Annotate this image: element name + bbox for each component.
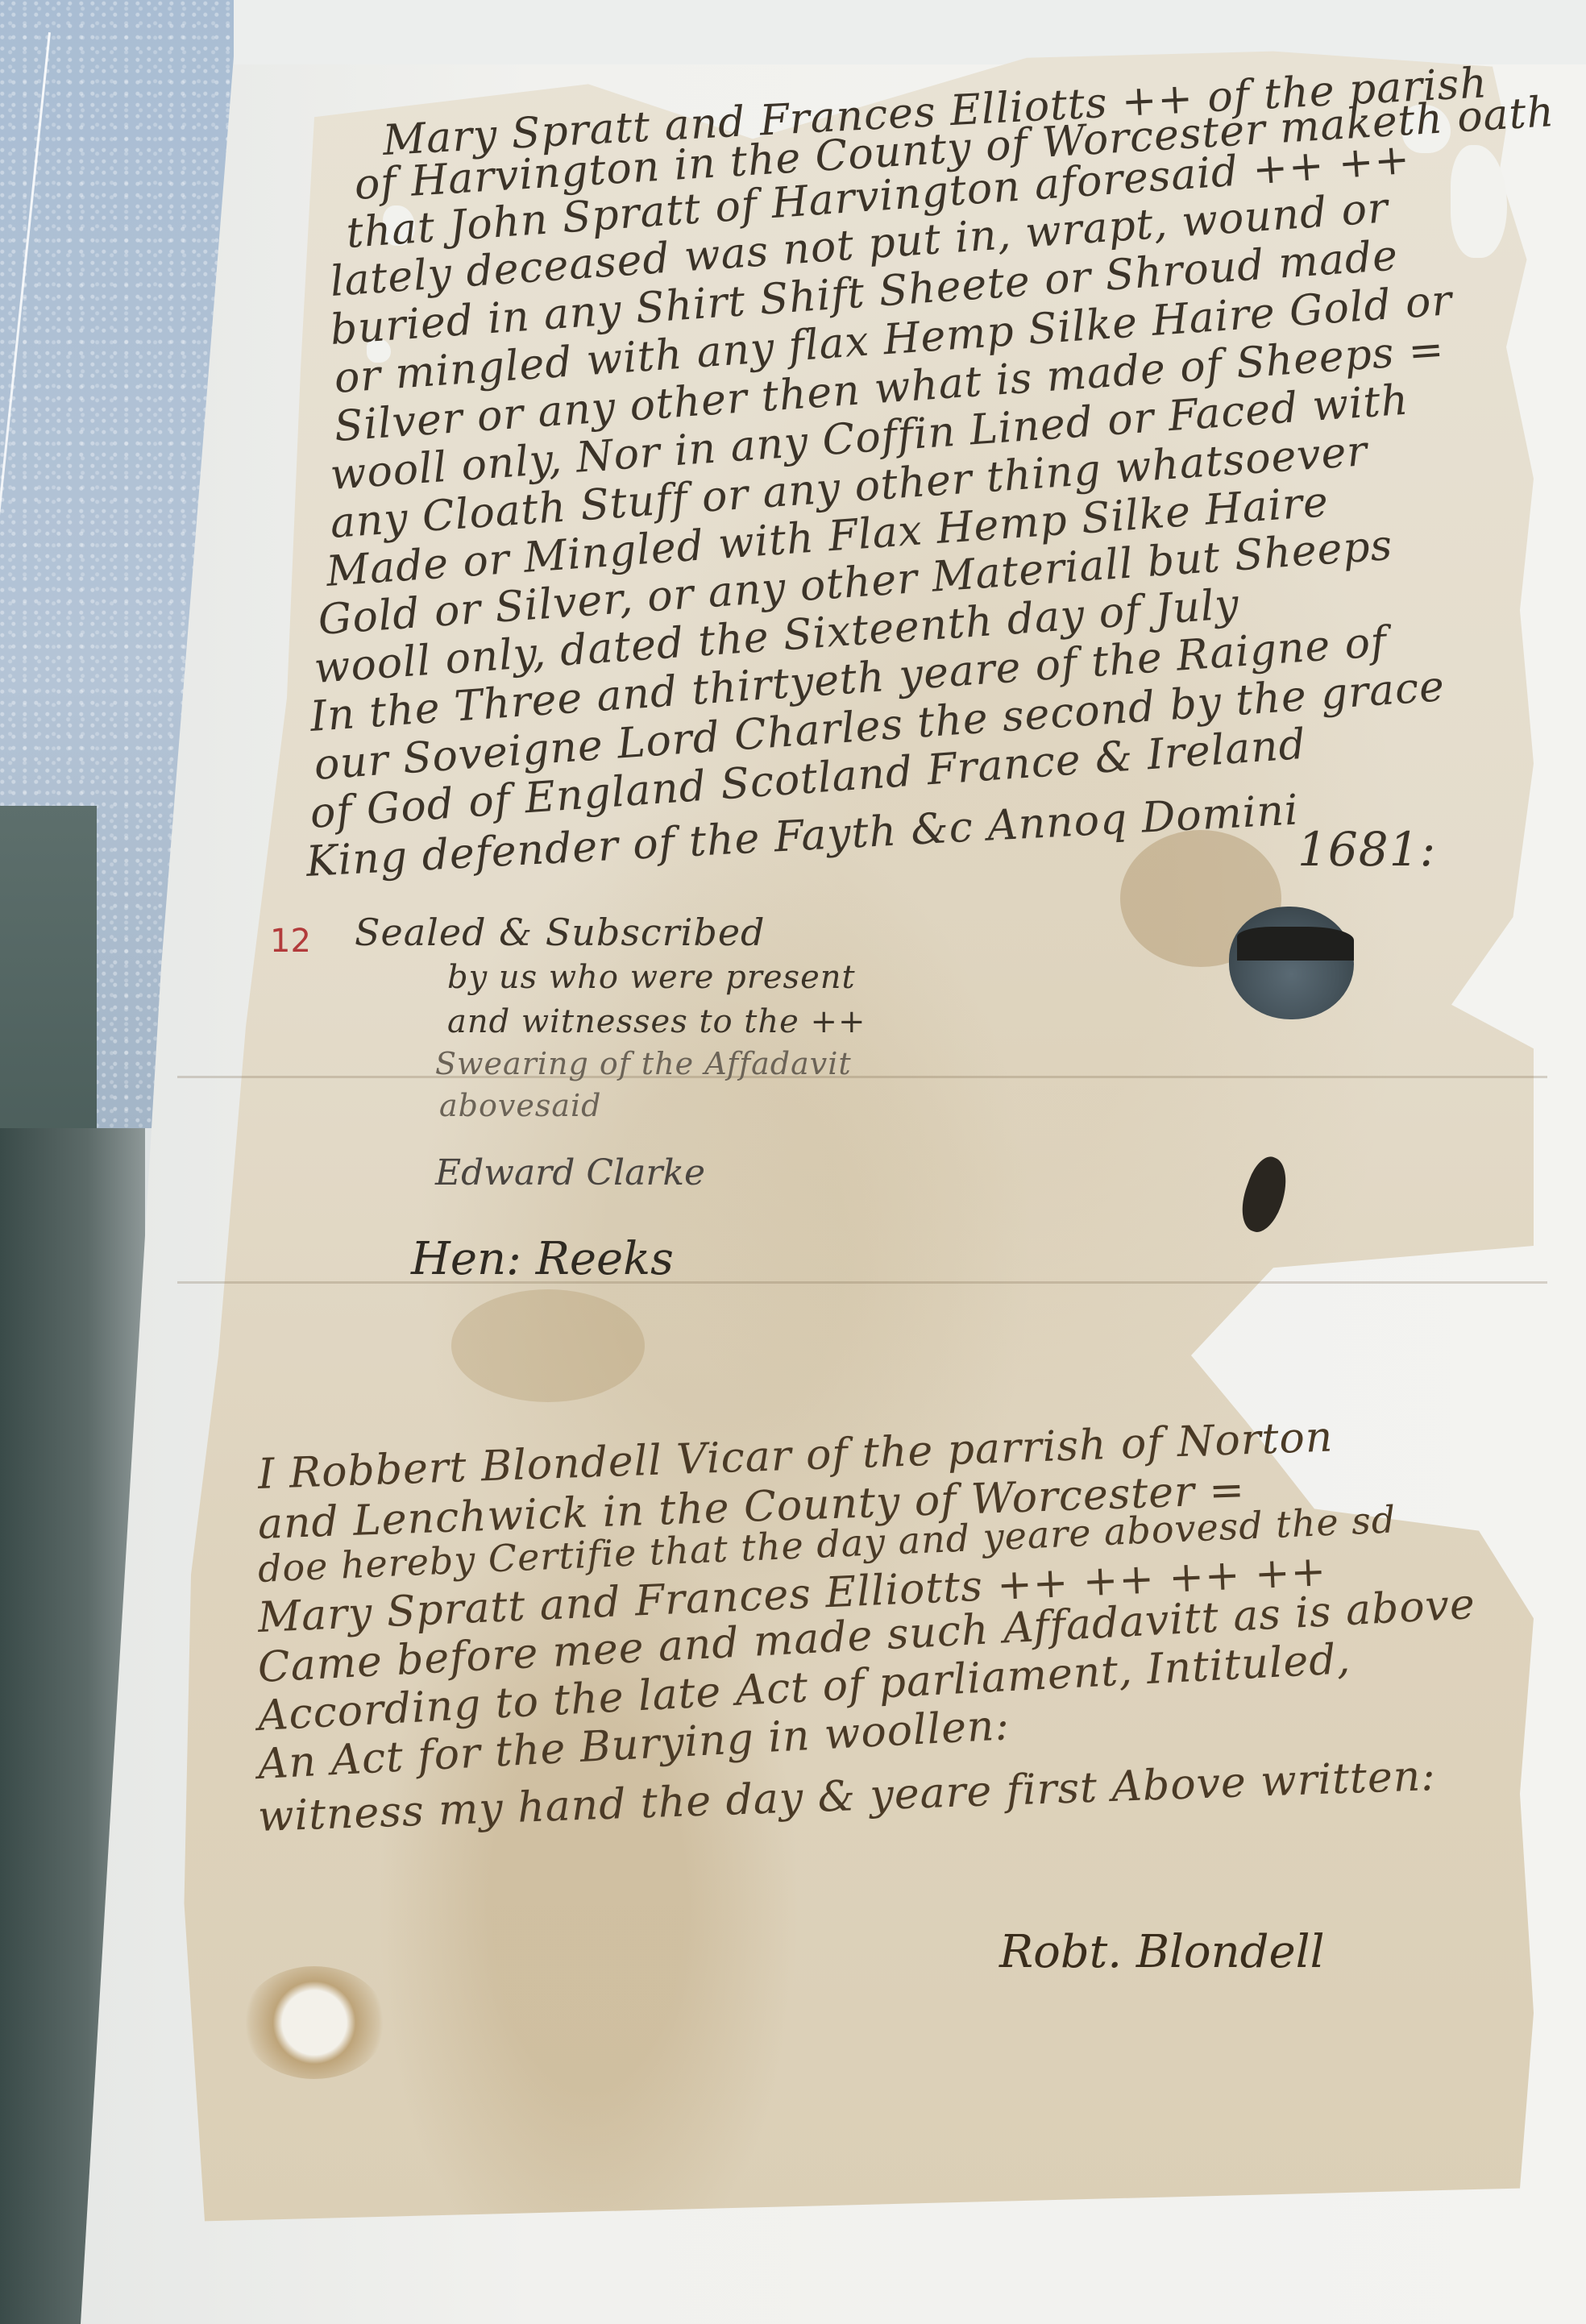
witness-line: Sealed & Subscribed [355, 911, 766, 954]
affidavit-year: 1681: [1297, 822, 1436, 877]
witness-line: and witnesses to the ++ [447, 1003, 866, 1040]
vicar-signature: Robt. Blondell [999, 1926, 1324, 1978]
witness-line: abovesaid [439, 1088, 601, 1123]
wax-seal-top [1237, 927, 1354, 961]
witness-signature-clarke: Edward Clarke [435, 1152, 705, 1193]
wax-seal [1229, 907, 1354, 1019]
paper-fold-line [177, 1076, 1547, 1078]
burn-hole-stain [242, 1966, 387, 2079]
archive-margin-number: 12 [270, 923, 311, 960]
water-stain [451, 1289, 645, 1402]
witness-line: by us who were present [447, 959, 856, 996]
witness-line: Swearing of the Affadavit [435, 1046, 852, 1081]
display-mount-top [234, 0, 1586, 64]
paper-fold-line [177, 1281, 1547, 1284]
witness-signature-reeks: Hen: Reeks [411, 1233, 674, 1285]
